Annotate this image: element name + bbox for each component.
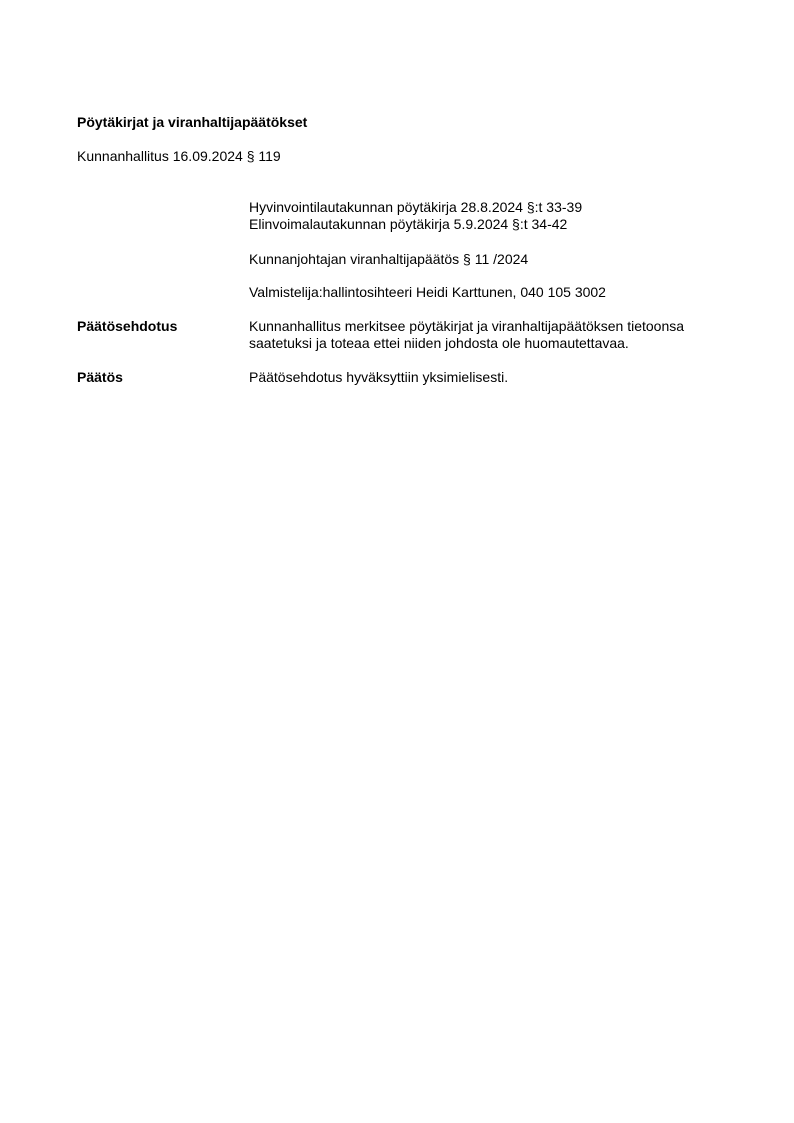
preparer-info: Valmistelija:hallintosihteeri Heidi Kart… <box>249 284 606 301</box>
minutes-item-vitality-committee: Elinvoimalautakunnan pöytäkirja 5.9.2024… <box>249 216 567 233</box>
decision-text: Päätösehdotus hyväksyttiin yksimielisest… <box>249 369 508 386</box>
document-page: Pöytäkirjat ja viranhaltijapäätökset Kun… <box>0 0 794 1123</box>
mayor-decision-item: Kunnanjohtajan viranhaltijapäätös § 11 /… <box>249 251 528 268</box>
proposal-text-line-2: saatetuksi ja toteaa ettei niiden johdos… <box>249 335 629 352</box>
meeting-reference: Kunnanhallitus 16.09.2024 § 119 <box>77 148 281 165</box>
document-title: Pöytäkirjat ja viranhaltijapäätökset <box>77 114 307 131</box>
minutes-item-welfare-committee: Hyvinvointilautakunnan pöytäkirja 28.8.2… <box>249 199 582 216</box>
proposal-label: Päätösehdotus <box>77 318 177 335</box>
proposal-text-line-1: Kunnanhallitus merkitsee pöytäkirjat ja … <box>249 318 684 335</box>
decision-label: Päätös <box>77 369 123 386</box>
